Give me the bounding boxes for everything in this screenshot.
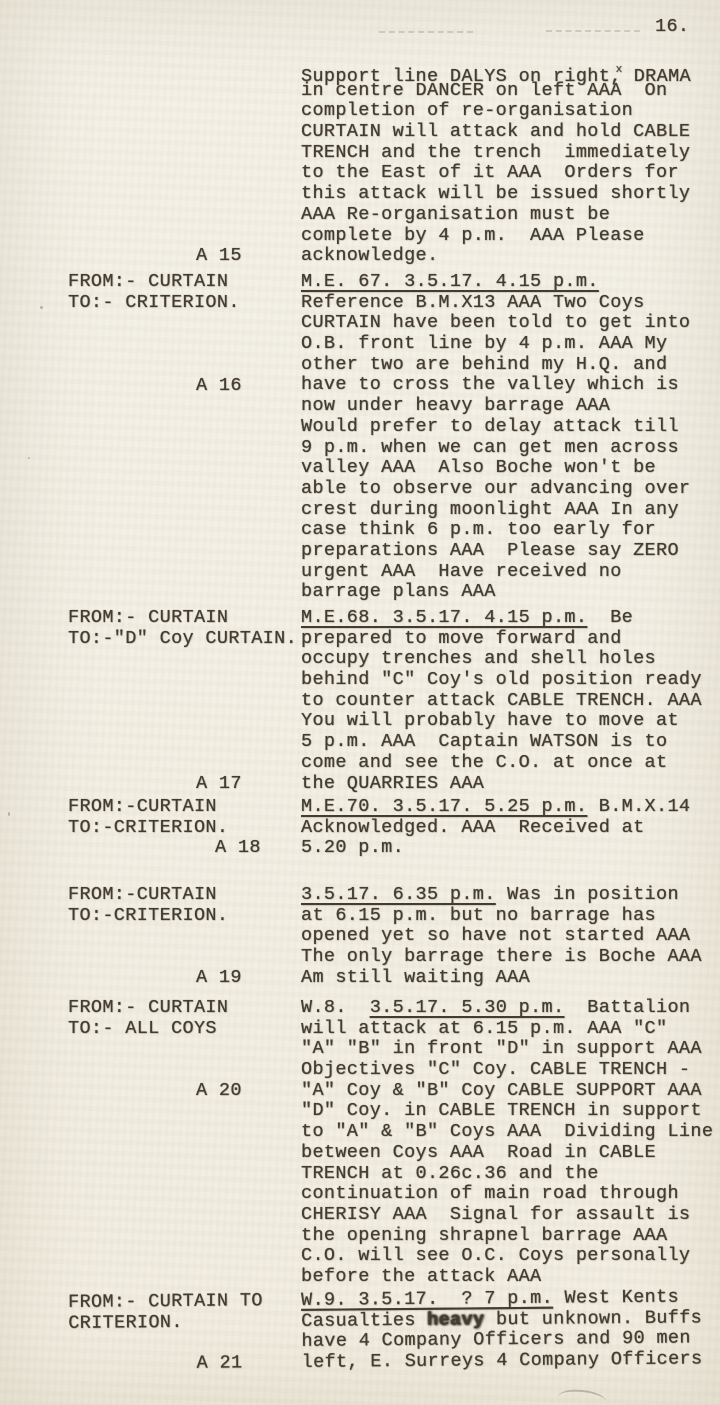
text-line: before the attack AAA bbox=[301, 1267, 720, 1288]
from-line: FROM:- CURTAIN bbox=[68, 272, 240, 293]
text-line: AAA Re-organisation must be bbox=[301, 205, 720, 226]
from-line: FROM:- CURTAIN TO bbox=[68, 1291, 263, 1313]
message-header: W.8. 3.5.17. 5.30 p.m. Battalion bbox=[301, 998, 720, 1019]
text-line: the opening shrapnel barrage AAA bbox=[301, 1226, 720, 1247]
message-body: Support line DALYS on right,x DRAMAin ce… bbox=[301, 60, 720, 267]
text-line: CHERISY AAA Signal for assault is bbox=[301, 1205, 720, 1226]
text-line: case think 6 p.m. too early for bbox=[301, 520, 720, 541]
text-line: have to cross the valley which is bbox=[301, 375, 720, 396]
to-line: CRITERION. bbox=[68, 1312, 263, 1334]
text-line: to counter attack CABLE TRENCH. AAA bbox=[301, 691, 720, 712]
from-line: FROM:-CURTAIN bbox=[68, 797, 228, 818]
text-line: at 6.15 p.m. but no barrage has bbox=[301, 906, 720, 927]
page-number: 16. bbox=[655, 17, 689, 38]
text-line: to the East of it AAA Orders for bbox=[301, 163, 720, 184]
text-line: Reference B.M.X13 AAA Two Coys bbox=[301, 293, 720, 314]
text-line: completion of re-organisation bbox=[301, 101, 720, 122]
ref-label: A 17 bbox=[196, 774, 242, 795]
from-to-column: FROM:-CURTAIN TO:-CRITERION. bbox=[68, 797, 228, 838]
to-line: TO:-CRITERION. bbox=[68, 906, 228, 927]
from-to-column: FROM:- CURTAIN TO CRITERION. bbox=[68, 1291, 263, 1334]
text-line: prepared to move forward and bbox=[301, 629, 720, 650]
from-line: FROM:-CURTAIN bbox=[68, 885, 228, 906]
text-line: You will probably have to move at bbox=[301, 711, 720, 732]
text-line: continuation of main road through bbox=[301, 1184, 720, 1205]
from-line: FROM:- CURTAIN bbox=[68, 998, 228, 1019]
message-header: 3.5.17. 6.35 p.m. Was in position bbox=[301, 885, 720, 906]
paper-crease-mark bbox=[557, 1388, 607, 1405]
text-line: C.O. will see O.C. Coys personally bbox=[301, 1246, 720, 1267]
text-line: urgent AAA Have received no bbox=[301, 562, 720, 583]
text-line: Objectives "C" Coy. CABLE TRENCH - bbox=[301, 1060, 720, 1081]
to-line: TO:-CRITERION. bbox=[68, 818, 228, 839]
text-line: this attack will be issued shortly bbox=[301, 184, 720, 205]
from-to-column: FROM:- CURTAIN TO:-"D" Coy CURTAIN. bbox=[68, 608, 297, 649]
text-line: "A" "B" in front "D" in support AAA bbox=[301, 1039, 720, 1060]
paper-speck bbox=[40, 306, 43, 309]
text-line: now under heavy barrage AAA bbox=[301, 396, 720, 417]
text-line: preparations AAA Please say ZERO bbox=[301, 541, 720, 562]
pencil-dash-mark bbox=[546, 30, 640, 32]
ref-label: A 19 bbox=[196, 968, 242, 989]
ref-label: A 18 bbox=[215, 838, 261, 859]
text-line: able to observe our advancing over bbox=[301, 479, 720, 500]
message-body: M.E.68. 3.5.17. 4.15 p.m. Be prepared to… bbox=[301, 608, 720, 794]
text-line: behind "C" Coy's old position ready bbox=[301, 670, 720, 691]
to-line: TO:- ALL COYS bbox=[68, 1019, 228, 1040]
from-to-column: FROM:-CURTAIN TO:-CRITERION. bbox=[68, 885, 228, 926]
text-line: complete by 4 p.m. AAA Please bbox=[301, 226, 720, 247]
text-line: left, E. Surreys 4 Company Officers bbox=[302, 1349, 720, 1373]
message-body: M.E. 67. 3.5.17. 4.15 p.m. Reference B.M… bbox=[301, 272, 720, 603]
message-text: Acknowledged. AAA Received at5.20 p.m. bbox=[301, 818, 720, 859]
from-to-column: FROM:- CURTAIN TO:- ALL COYS bbox=[68, 998, 228, 1039]
message-text: will attack at 6.15 p.m. AAA "C""A" "B" … bbox=[301, 1019, 720, 1288]
text-line: in centre DANCER on left AAA On bbox=[301, 81, 720, 102]
ref-label: A 21 bbox=[197, 1353, 243, 1374]
text-line: will attack at 6.15 p.m. AAA "C" bbox=[301, 1019, 720, 1040]
message-text: prepared to move forward andoccupy trenc… bbox=[301, 629, 720, 795]
text-line: crest during moonlight AAA In any bbox=[301, 500, 720, 521]
text-line: "A" Coy & "B" Coy CABLE SUPPORT AAA bbox=[301, 1081, 720, 1102]
message-body: W.9. 3.5.17. ? 7 p.m. West Kents Casualt… bbox=[301, 1287, 720, 1373]
text-line: barrage plans AAA bbox=[301, 582, 720, 603]
message-text: Reference B.M.X13 AAA Two CoysCURTAIN ha… bbox=[301, 293, 720, 603]
text-line: to "A" & "B" Coys AAA Dividing Line bbox=[301, 1122, 720, 1143]
text-line: Am still waiting AAA bbox=[301, 968, 720, 989]
message-text: Casualties heavy but unknown. Buffshave … bbox=[301, 1308, 720, 1374]
text-line: acknowledge. bbox=[301, 246, 720, 267]
to-line: TO:-"D" Coy CURTAIN. bbox=[68, 629, 297, 650]
pencil-dash-mark bbox=[379, 31, 473, 33]
text-line: CURTAIN will attack and hold CABLE bbox=[301, 122, 720, 143]
message-body: W.8. 3.5.17. 5.30 p.m. Battalion will at… bbox=[301, 998, 720, 1288]
to-line: TO:- CRITERION. bbox=[68, 293, 240, 314]
text-line: come and see the C.O. at once at bbox=[301, 753, 720, 774]
text-line: The only barrage there is Boche AAA bbox=[301, 947, 720, 968]
from-to-column: FROM:- CURTAIN TO:- CRITERION. bbox=[68, 272, 240, 313]
message-body: M.E.70. 3.5.17. 5.25 p.m. B.M.X.14 Ackno… bbox=[301, 797, 720, 859]
message-header: M.E.70. 3.5.17. 5.25 p.m. B.M.X.14 bbox=[301, 797, 720, 818]
text-line: the QUARRIES AAA bbox=[301, 774, 720, 795]
paper-speck bbox=[28, 457, 30, 459]
ref-label: A 15 bbox=[196, 246, 242, 267]
document-page: 16. A 15 Support line DALYS on right,x D… bbox=[0, 0, 720, 1405]
text-line: 9 p.m. when we can get men across bbox=[301, 438, 720, 459]
text-line: Would prefer to delay attack till bbox=[301, 417, 720, 438]
text-line: opened yet so have not started AAA bbox=[301, 926, 720, 947]
text-line: TRENCH at 0.26c.36 and the bbox=[301, 1164, 720, 1185]
text-line: O.B. front line by 4 p.m. AAA My bbox=[301, 334, 720, 355]
paper-speck bbox=[8, 812, 10, 816]
text-line: CURTAIN have been told to get into bbox=[301, 313, 720, 334]
text-line: TRENCH and the trench immediately bbox=[301, 143, 720, 164]
text-line: valley AAA Also Boche won't be bbox=[301, 458, 720, 479]
text-line: "D" Coy. in CABLE TRENCH in support bbox=[301, 1101, 720, 1122]
text-line: between Coys AAA Road in CABLE bbox=[301, 1143, 720, 1164]
message-a21: FROM:- CURTAIN TO CRITERION. A 21 W.9. 3… bbox=[0, 1287, 720, 1293]
ref-label: A 20 bbox=[196, 1081, 242, 1102]
text-line: occupy trenches and shell holes bbox=[301, 649, 720, 670]
text-line: Support line DALYS on right,x DRAMA bbox=[301, 60, 720, 81]
message-header: M.E. 67. 3.5.17. 4.15 p.m. bbox=[301, 272, 720, 293]
text-line: Acknowledged. AAA Received at bbox=[301, 818, 720, 839]
ref-label: A 16 bbox=[196, 376, 242, 397]
message-header: M.E.68. 3.5.17. 4.15 p.m. Be bbox=[301, 608, 720, 629]
text-line: 5 p.m. AAA Captain WATSON is to bbox=[301, 732, 720, 753]
text-line: 5.20 p.m. bbox=[301, 838, 720, 859]
message-text: at 6.15 p.m. but no barrage hasopened ye… bbox=[301, 906, 720, 989]
from-line: FROM:- CURTAIN bbox=[68, 608, 297, 629]
text-line: other two are behind my H.Q. and bbox=[301, 355, 720, 376]
message-body: 3.5.17. 6.35 p.m. Was in position at 6.1… bbox=[301, 885, 720, 988]
